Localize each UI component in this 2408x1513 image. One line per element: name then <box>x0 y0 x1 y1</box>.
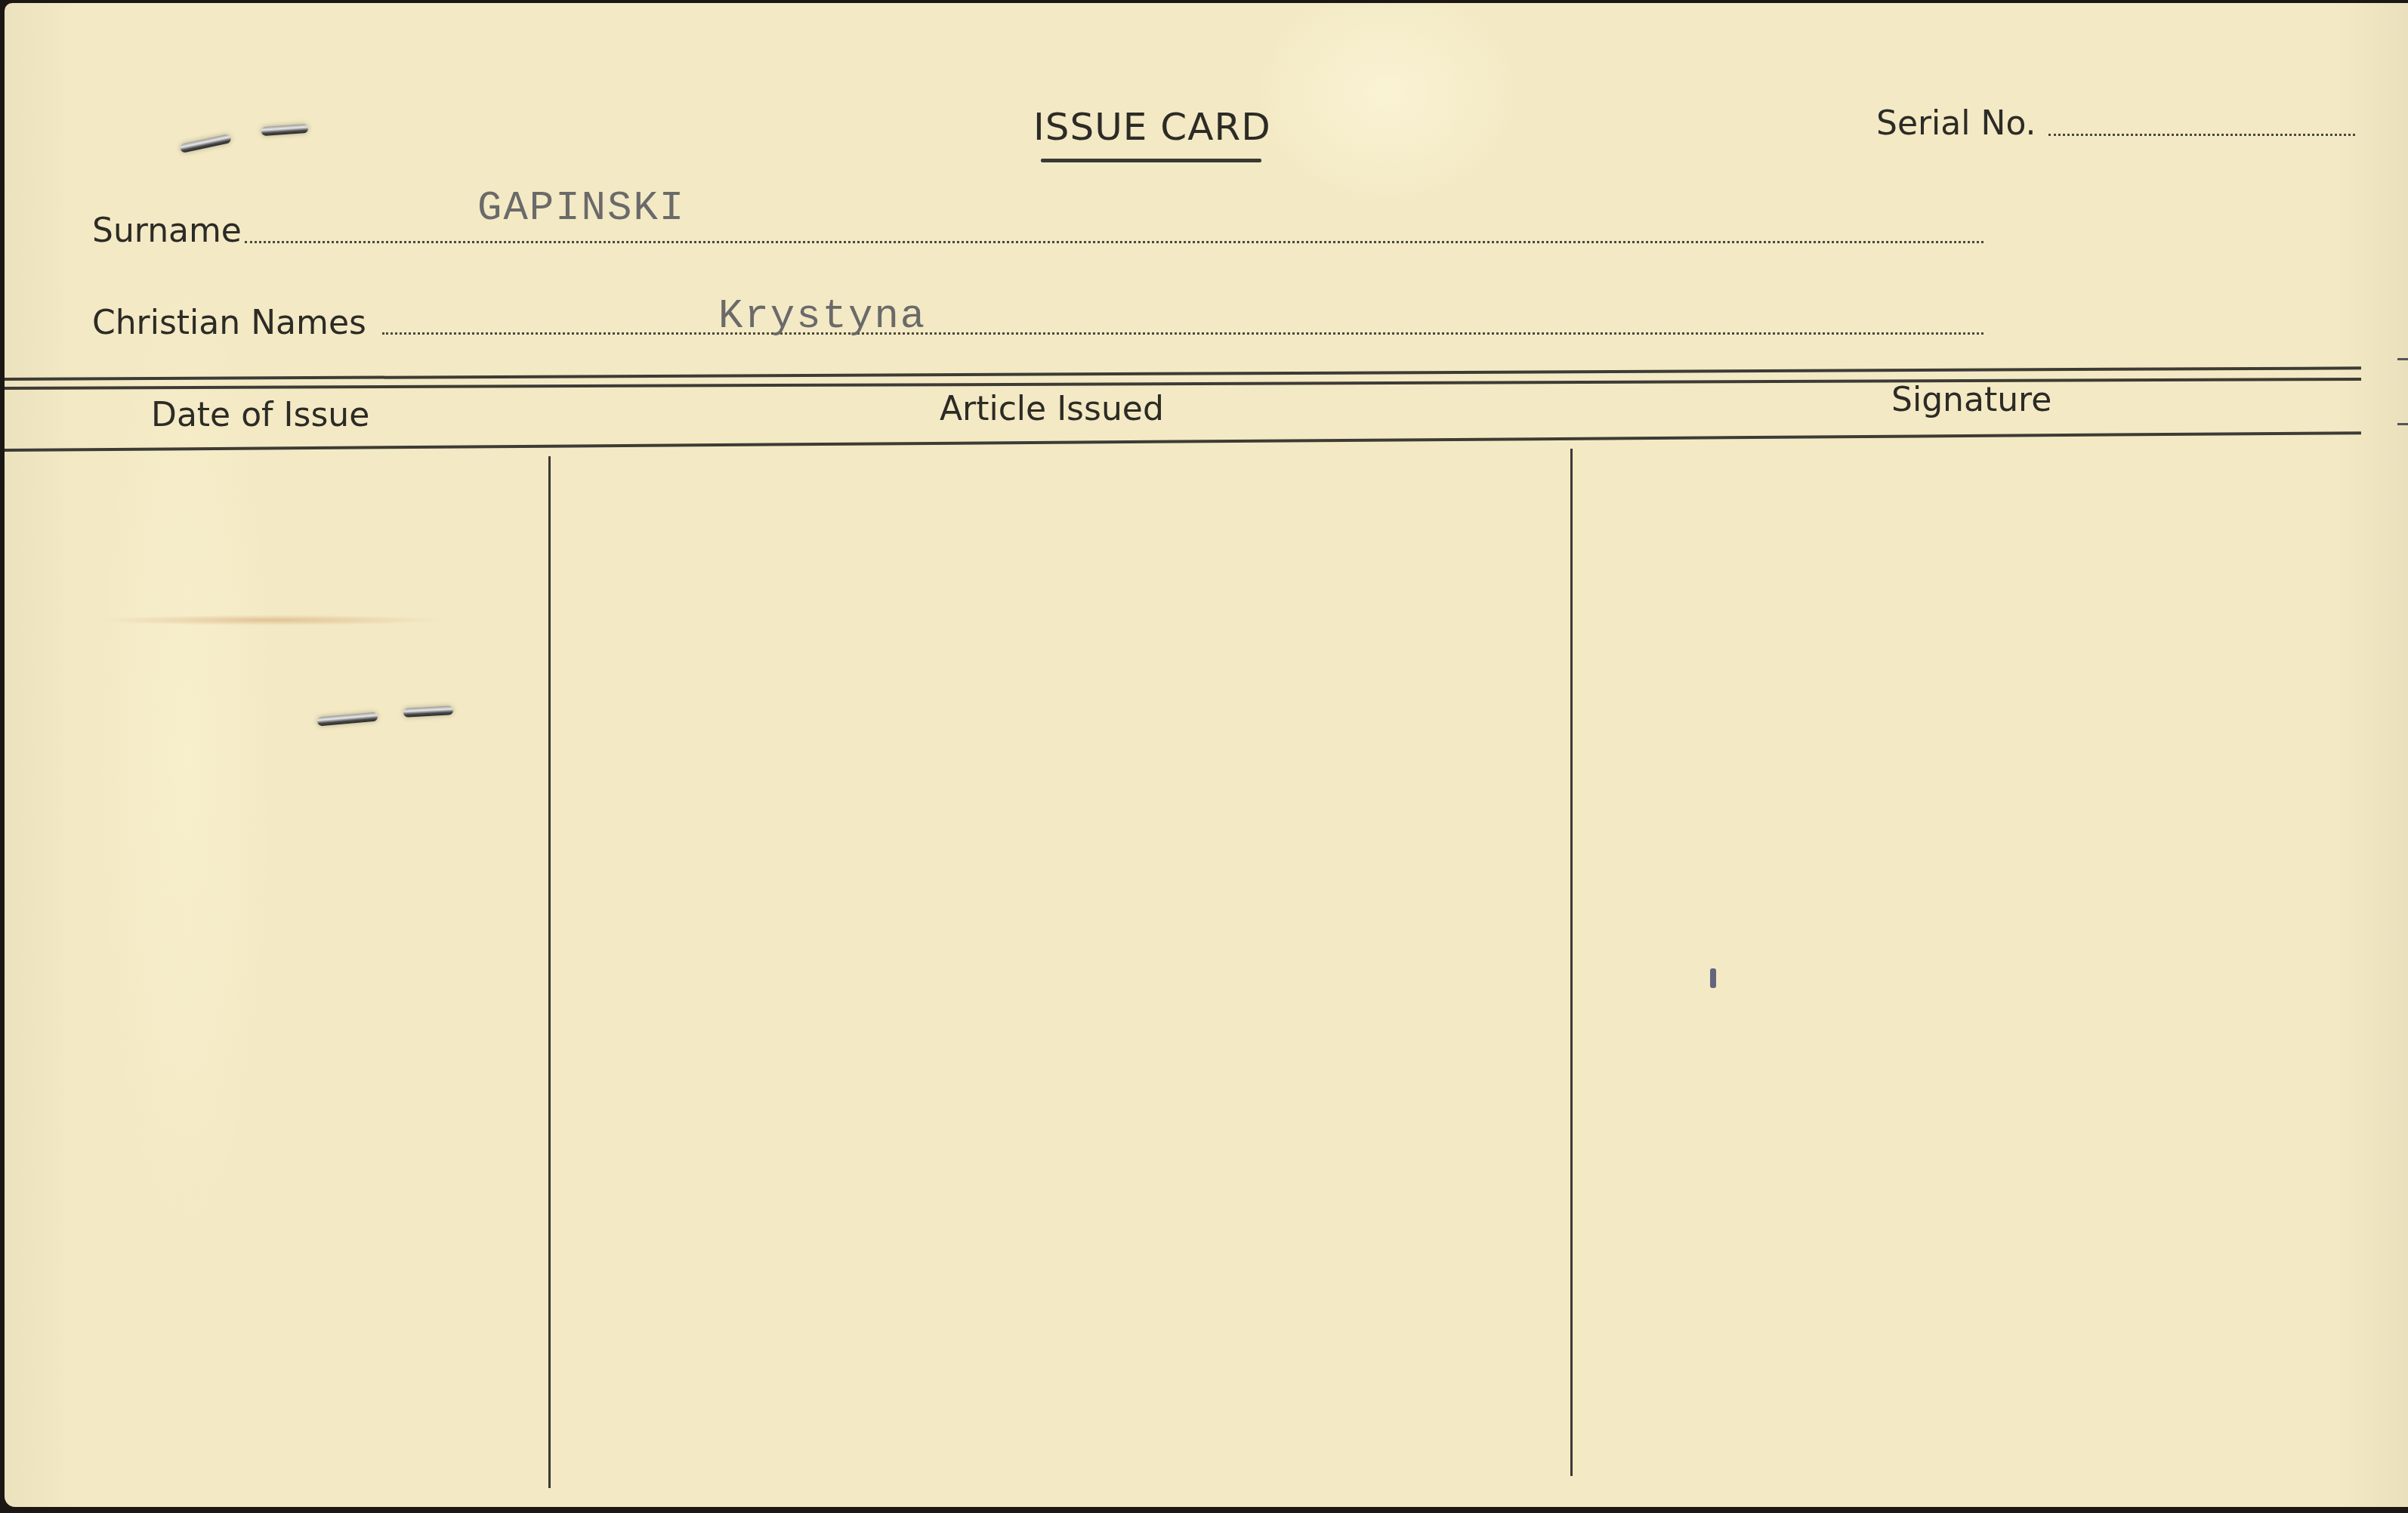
date-of-issue-column[interactable] <box>5 456 548 1506</box>
surname-field-line <box>245 241 1984 243</box>
edge-tick <box>2397 358 2408 360</box>
rust-stain <box>95 615 443 625</box>
signature-column[interactable] <box>1573 456 2403 1506</box>
header-bottom-rule <box>5 431 2361 452</box>
title-underline <box>1041 159 1261 162</box>
christian-names-value[interactable]: Krystyna <box>718 294 926 340</box>
column-divider-1 <box>548 456 551 1488</box>
column-header-article-issued: Article Issued <box>940 390 1164 428</box>
column-divider-2 <box>1570 449 1573 1476</box>
serial-no-label: Serial No. <box>1876 104 2036 143</box>
column-header-date-of-issue: Date of Issue <box>151 396 369 434</box>
christian-names-label: Christian Names <box>92 304 366 342</box>
issue-card: ISSUE CARD Serial No. Surname GAPINSKI C… <box>5 3 2408 1507</box>
staple-icon <box>179 134 231 153</box>
ink-mark <box>1710 968 1716 988</box>
staple-icon <box>261 124 309 136</box>
serial-no-field[interactable] <box>2048 134 2355 136</box>
column-header-signature: Signature <box>1891 381 2051 419</box>
card-title: ISSUE CARD <box>1033 105 1271 149</box>
christian-names-field-line <box>382 332 1984 335</box>
surname-value[interactable]: GAPINSKI <box>477 186 685 232</box>
surname-label: Surname <box>92 212 242 250</box>
edge-tick <box>2397 423 2408 425</box>
article-issued-column[interactable] <box>551 456 1570 1506</box>
